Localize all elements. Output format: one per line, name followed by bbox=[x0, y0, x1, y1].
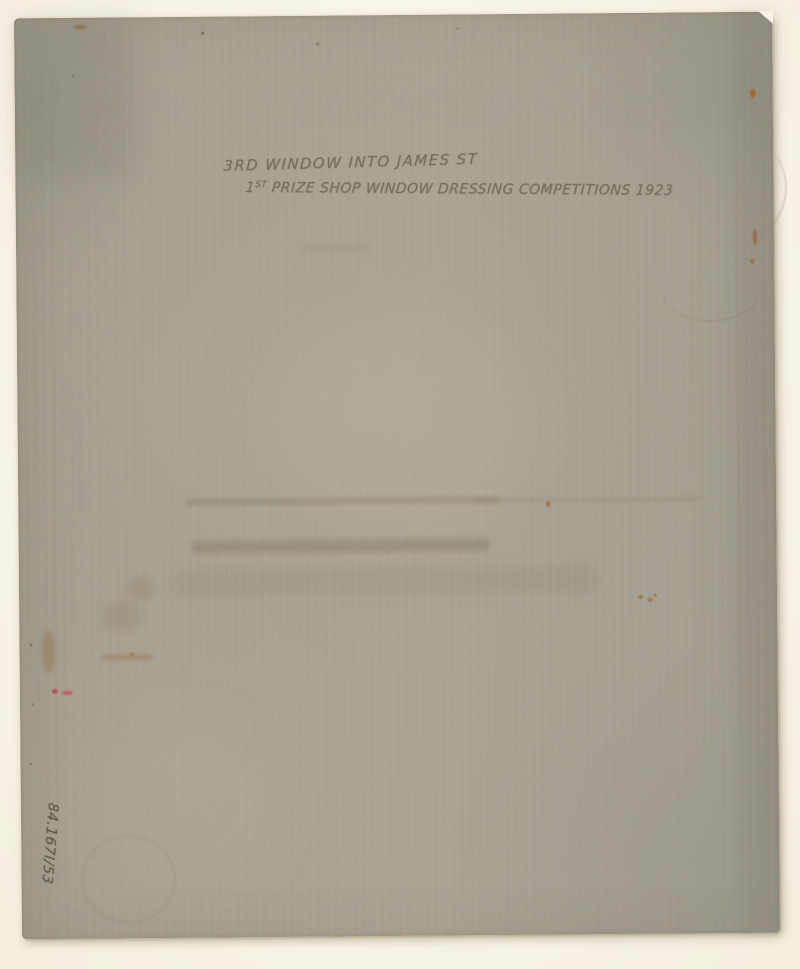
inscription-line-2-text: PRIZE SHOP WINDOW DRESSING COMPETITIONS … bbox=[266, 180, 674, 199]
stain-blotch bbox=[101, 600, 143, 632]
edge-speck bbox=[29, 643, 32, 646]
corner-shading bbox=[14, 17, 135, 178]
dark-speck bbox=[316, 43, 319, 46]
rust-streak bbox=[102, 654, 154, 660]
dark-speck bbox=[201, 32, 204, 35]
light-patch bbox=[277, 314, 539, 536]
inscription-line-1: 3RD WINDOW INTO JAMES ST bbox=[223, 150, 478, 175]
rust-foxing-spot bbox=[130, 652, 135, 656]
stain-blotch bbox=[126, 575, 156, 601]
dark-speck bbox=[456, 27, 459, 29]
edge-speck bbox=[29, 763, 32, 765]
brown-scuff-mark bbox=[73, 25, 87, 30]
pink-ink-mark bbox=[62, 691, 73, 695]
rust-foxing-spot bbox=[546, 501, 550, 508]
rust-foxing-spot bbox=[750, 259, 754, 264]
scratch-arc bbox=[656, 115, 800, 260]
smudge-band bbox=[191, 538, 491, 554]
pink-ink-mark bbox=[52, 689, 58, 694]
photograph-verso-card: 3RD WINDOW INTO JAMES ST 1ST PRIZE SHOP … bbox=[14, 12, 780, 940]
rust-speck-cluster bbox=[647, 598, 653, 602]
corner-nick bbox=[754, 11, 773, 26]
smudge-band bbox=[185, 496, 500, 506]
rust-speck-cluster bbox=[638, 595, 643, 599]
rust-foxing-spot bbox=[753, 229, 757, 245]
scratch-arc bbox=[81, 835, 176, 924]
scratch-arc bbox=[650, 222, 777, 329]
smudge-band bbox=[301, 243, 371, 254]
rust-stain-left-edge bbox=[41, 631, 55, 673]
rust-foxing-spot bbox=[750, 89, 756, 98]
rust-speck-cluster bbox=[653, 594, 657, 597]
right-edge-shading bbox=[732, 12, 780, 933]
light-patch bbox=[80, 716, 282, 898]
smudge-band bbox=[473, 496, 703, 503]
inscription-line-2: 1ST PRIZE SHOP WINDOW DRESSING COMPETITI… bbox=[245, 180, 674, 199]
paper-grain-texture bbox=[14, 12, 780, 940]
dark-speck bbox=[71, 75, 74, 78]
accession-number: 84.167I/53 bbox=[39, 802, 61, 886]
smudge-band bbox=[169, 565, 599, 597]
edge-speck bbox=[32, 703, 34, 706]
